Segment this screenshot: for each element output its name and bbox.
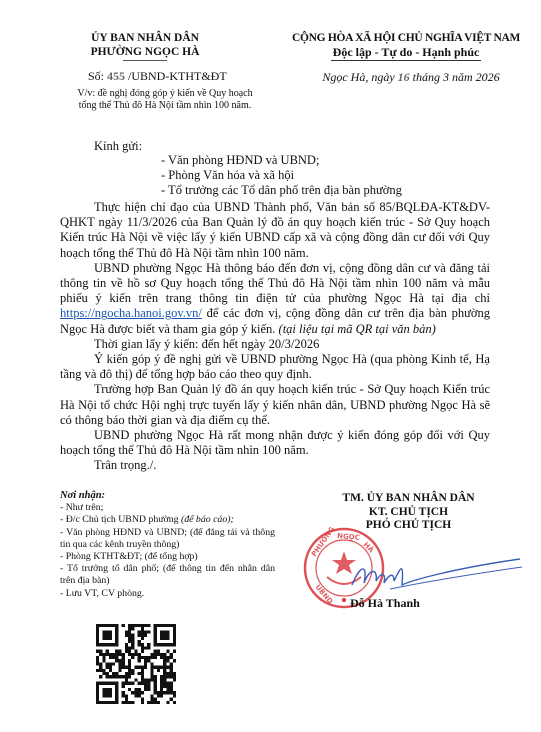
issuing-authority: ỦY BAN NHÂN DÂN PHƯỜNG NGỌC HÀ (85, 31, 205, 61)
distribution-item: - Như trên; (60, 502, 275, 514)
authority-underline (123, 60, 167, 61)
paragraph: UBND phường Ngọc Hà rất mong nhận được ý… (60, 428, 490, 458)
signer-name: Đỗ Hà Thanh (350, 596, 420, 611)
greeting-label: Kính gửi: (94, 139, 142, 154)
document-body: Thực hiện chỉ đạo của UBND Thành phố, Vă… (60, 200, 490, 474)
distribution-item: - Tổ trưởng tổ dân phố; (để thông tin đế… (60, 563, 275, 587)
qr-note: (tại liệu tại mã QR tại văn bản) (279, 322, 436, 336)
country-name: CỘNG HÒA XÃ HỘI CHỦ NGHĨA VIỆT NAM (281, 31, 531, 45)
distribution-list: Nơi nhận: - Như trên; - Đ/c Chủ tịch UBN… (60, 490, 275, 600)
recipient-item: - Phòng Văn hóa và xã hội (161, 168, 402, 183)
document-date: Ngọc Hà, ngày 16 tháng 3 năm 2026 (296, 70, 526, 85)
distribution-item: - Lưu VT, CV phòng. (60, 588, 275, 600)
distribution-title: Nơi nhận: (60, 490, 275, 502)
motto-underline (331, 60, 481, 61)
recipient-item: - Tổ trưởng các Tổ dân phố trên địa bàn … (161, 183, 402, 198)
closing: Trân trọng./. (60, 458, 490, 473)
authority-line1: ỦY BAN NHÂN DÂN (85, 31, 205, 45)
date-day: 16 (398, 70, 410, 84)
authority-line2: PHƯỜNG NGỌC HÀ (85, 45, 205, 59)
distribution-item: - Văn phòng HĐND và UBND; (để đăng tải v… (60, 527, 275, 551)
document-number: Số: 455 /UBND-KTHT&ĐT (88, 69, 227, 84)
distribution-item: - Đ/c Chủ tịch UBND phường (để báo cáo); (60, 514, 275, 526)
handwritten-signature-icon (350, 555, 525, 595)
qr-code-icon[interactable] (96, 624, 176, 704)
document-number-value: 455 (107, 69, 125, 83)
paragraph: Ý kiến góp ý đề nghị gửi về UBND phường … (60, 352, 490, 382)
paragraph: Trường hợp Ban Quản lý đồ án quy hoạch k… (60, 382, 490, 428)
distribution-item: - Phòng KTHT&ĐT; (để tổng hợp) (60, 551, 275, 563)
document-subject: V/v: đề nghị đóng góp ý kiến về Quy hoạc… (65, 88, 265, 112)
national-motto: Độc lập - Tự do - Hạnh phúc (281, 45, 531, 59)
paragraph: UBND phường Ngọc Hà thông báo đến đơn vị… (60, 261, 490, 337)
paragraph: Thời gian lấy ý kiến: đến hết ngày 20/3/… (60, 337, 490, 352)
website-link[interactable]: https://ngocha.hanoi.gov.vn/ (60, 306, 202, 320)
paragraph: Thực hiện chỉ đạo của UBND Thành phố, Vă… (60, 200, 490, 261)
recipient-list: - Văn phòng HĐND và UBND; - Phòng Văn hó… (161, 153, 402, 198)
recipient-item: - Văn phòng HĐND và UBND; (161, 153, 402, 168)
national-title: CỘNG HÒA XÃ HỘI CHỦ NGHĨA VIỆT NAM Độc l… (281, 31, 531, 61)
